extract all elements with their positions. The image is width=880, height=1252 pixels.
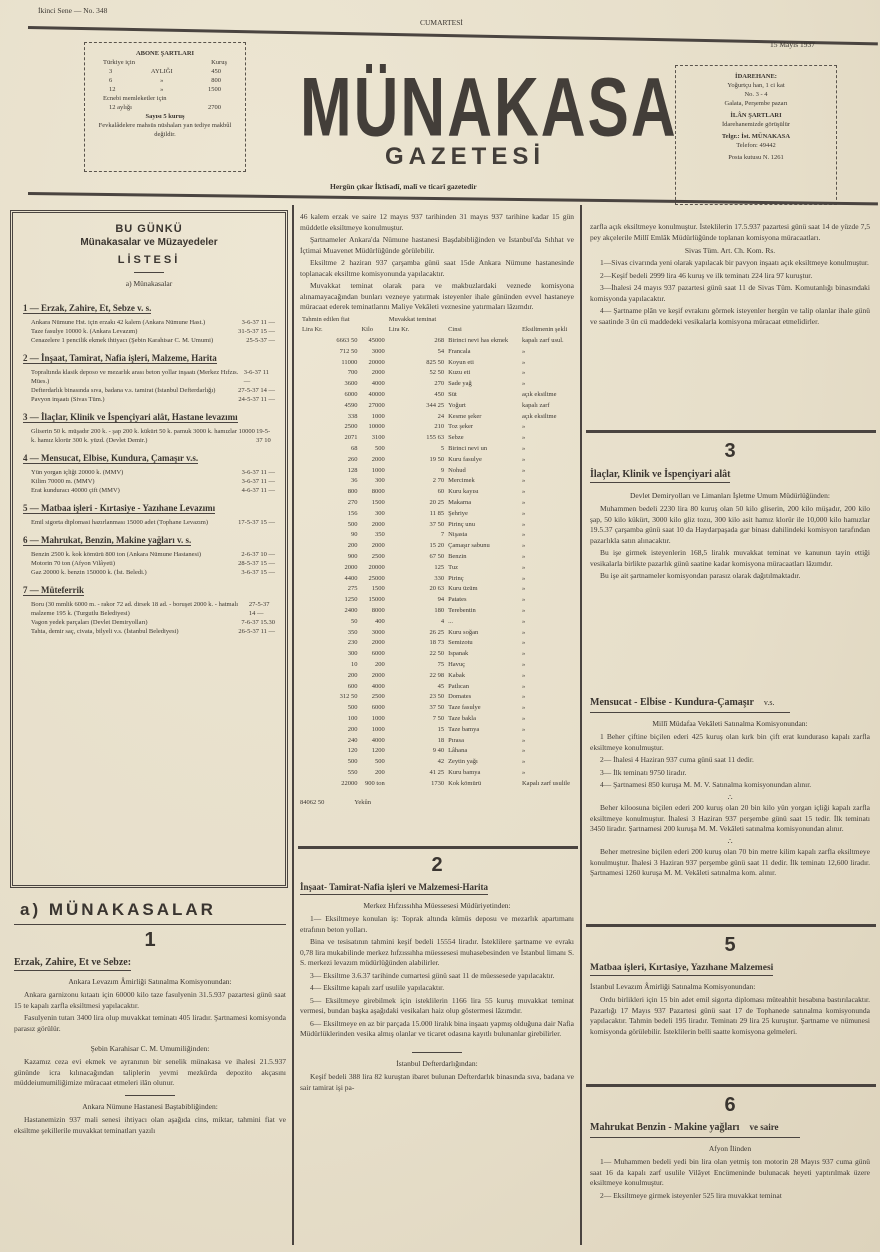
article-body: 1— Muhammen bedeli yedi bin lira olan ye… <box>590 1157 870 1201</box>
office-address-line: Galata, Perşembe pazarı <box>684 99 828 108</box>
table-row: 338100024Kesme şekeraçık eksiltme <box>300 412 580 423</box>
subscription-row: 6»800 <box>93 76 237 85</box>
list-section-head: 1 — Erzak, Zahire, Et, Sebze v. s. <box>23 303 151 314</box>
office-address-line: No. 3 - 4 <box>684 90 828 99</box>
weekday: CUMARTESİ <box>420 18 463 28</box>
table-row: 24008000180Terebentin» <box>300 606 580 617</box>
section-title: Matbaa işleri, Kırtasiye, Yazıhane Malze… <box>590 963 773 976</box>
divider <box>412 1052 462 1054</box>
list-item: Taze fasulye 10000 k. (Ankara Levazım)31… <box>17 327 281 336</box>
table-total-row: 84062 50 Yekûn <box>300 798 574 807</box>
section-3: 3 İlaçlar, Klinik ve İspençiyari alât De… <box>590 440 870 584</box>
table-row: 200200022 98Kabak» <box>300 671 580 682</box>
article-body: zarfla açık eksiltmeye konulmuştur. İste… <box>590 222 870 243</box>
list-item: Erat kunduracı 40000 çift (MMV)4-6-37 11… <box>17 486 281 495</box>
ornament-divider <box>134 272 164 273</box>
table-row: 312 50250023 50Domates» <box>300 692 580 703</box>
list-section-head: 4 — Mensucat, Elbise, Kundura, Çamaşır v… <box>23 453 198 464</box>
table-row: 6663 5045000268Birinci nevi has ekmekkap… <box>300 336 580 347</box>
list-section: 3 — İlaçlar, Klinik ve İspençiyari alât,… <box>17 404 281 445</box>
section-rule <box>586 924 876 927</box>
list-item: Gliserin 50 k. müşadır 200 k. - şap 200 … <box>17 427 281 445</box>
section-title: Mensucat - Elbise - Kundura-Çamaşır <box>590 697 754 708</box>
right-column: zarfla açık eksiltmeye konulmuştur. İste… <box>590 222 870 329</box>
subscription-row: 3AYLIĞI450 <box>93 67 237 76</box>
article-body: Ordu birlikleri için 15 bin adet emil si… <box>590 995 870 1037</box>
table-row: 800800060Kuru kayısı» <box>300 487 580 498</box>
office-box: İDAREHANE: Yoğurtçu han, 1 ci kat No. 3 … <box>675 65 837 205</box>
org-heading: Millî Müdafaa Vekâleti Satınalma Komisyo… <box>590 719 870 728</box>
phone: Telefon: 49442 <box>684 141 828 150</box>
list-item: Pavyon inşaatı (Sivas Tüm.)24-5-37 11 — <box>17 395 281 404</box>
list-section-head: 2 — İnşaat, Tamirat, Nafia işleri, Malze… <box>23 353 217 364</box>
org-heading: İstanbul Levazım Âmirliği Satınalma Komi… <box>590 982 870 991</box>
column-divider <box>292 205 294 1245</box>
table-row: 459027000344 25Yoğurtkapalı zarf <box>300 401 580 412</box>
newspaper-page: İkinci Sene — No. 348 CUMARTESİ 15 Mayıs… <box>0 0 880 1252</box>
list-item: Yün yorgan içliği 20000 k. (MMV)3-6-37 1… <box>17 468 281 477</box>
section-number: 3 <box>590 440 870 463</box>
table-row: 500600037 50Taze fasulye» <box>300 703 580 714</box>
asterism-divider: ∴ <box>590 837 870 848</box>
article-body: 1—Sivas civarında yeni olarak yapılacak … <box>590 258 870 327</box>
table-row: 1020075Havuç» <box>300 660 580 671</box>
section-rule <box>298 846 578 849</box>
table-header-row: Tahmin edilen fiat Muvakkat teminat <box>300 315 580 326</box>
table-row: 20713100155 63Sebze» <box>300 433 580 444</box>
list-section-head: 5 — Matbaa işleri - Kırtasiye - Yazıhane… <box>23 503 215 514</box>
list-section: 4 — Mensucat, Elbise, Kundura, Çamaşır v… <box>17 445 281 495</box>
subscription-note: Fevkalâdelere mahsüs nüshaları yan tediy… <box>93 121 237 139</box>
section-4: Mensucat - Elbise - Kundura-Çamaşır v.s.… <box>590 692 870 881</box>
table-body: 6663 5045000268Birinci nevi has ekmekkap… <box>300 336 580 789</box>
masthead: MÜNAKASA <box>300 60 630 131</box>
table-row: 10010007 50Taze bakla» <box>300 714 580 725</box>
list-item: Topraltında klasik deposo ve mezarlık ar… <box>17 368 281 386</box>
issue-number: İkinci Sene — No. 348 <box>38 6 107 16</box>
section-title: Erzak, Zahire, Et ve Sebze: <box>14 957 131 971</box>
section-title: İlaçlar, Klinik ve İspençiyari alât <box>590 469 730 483</box>
table-row: 600400045Patlıcan» <box>300 682 580 693</box>
article-body: Hastanemizin 937 mali senesi ihtiyacı ol… <box>14 1115 286 1136</box>
table-row: 22000900 ton1730Kok kömürüKapalı zarf us… <box>300 779 580 790</box>
list-section: 6 — Mahrukat, Benzin, Makine yağları v. … <box>17 527 281 577</box>
section-5: 5 Matbaa işleri, Kırtasiye, Yazıhane Mal… <box>590 934 870 1039</box>
article-body: 46 kalem erzak ve saire 12 mayıs 937 tar… <box>300 212 574 313</box>
org-heading: Afyon İlinden <box>590 1144 870 1153</box>
table-row: 700200052 50Kuzu eti» <box>300 368 580 379</box>
table-row: 200100015Taze bamya» <box>300 725 580 736</box>
table-total-label: Yekûn <box>354 798 371 807</box>
section-number: 1 <box>14 929 286 952</box>
list-item: Cenazelere 1 pencilik ekmek ihtiyacı (Şe… <box>17 336 281 345</box>
list-item: Kilim 70000 m. (MMV)3-6-37 11 — <box>17 477 281 486</box>
list-item: Emil sigorta diplomasi hazırlanması 1500… <box>17 518 281 527</box>
table-header-row: Lira Kr. Kilo Lira Kr. Cinsi Eksiltmenin… <box>300 325 580 336</box>
list-section: 5 — Matbaa işleri - Kırtasiye - Yazıhane… <box>17 495 281 527</box>
article-body: Ankara garnizonu kıtaatı için 60000 kilo… <box>14 990 286 1034</box>
list-item: Benzin 2500 k. kok kömürü 800 ton (Ankar… <box>17 550 281 559</box>
table-row: 270150020 25Makarna» <box>300 498 580 509</box>
office-address-line: Yoğurtçu han, 1 ci kat <box>684 81 828 90</box>
today-list-subhead: a) Münakasalar <box>17 279 281 289</box>
org-heading: Devlet Demiryolları ve Limanları İşletme… <box>590 491 870 500</box>
ad-terms-line: İdarehanemizde görüşülür <box>684 120 828 129</box>
table-row: 55020041 25Kuru bamya» <box>300 768 580 779</box>
subscription-col-right: Kuruş <box>211 58 227 67</box>
table-row: 200200015 20Çamaşır sabunu» <box>300 541 580 552</box>
subscription-col-left: Türkiye için <box>103 58 135 67</box>
table-row: 240400018Pırasa» <box>300 736 580 747</box>
list-section: 1 — Erzak, Zahire, Et, Sebze v. s. Ankar… <box>17 295 281 345</box>
foreign-label: Ecnebi memleketler için <box>93 94 237 103</box>
table-row: 12501500094Patates» <box>300 595 580 606</box>
list-section-head: 7 — Müteferrik <box>23 585 84 596</box>
section-title-suffix: v.s. <box>764 698 775 707</box>
org-heading: İstanbul Defterdarlığından: <box>300 1059 574 1068</box>
table-row: 200020000125Tuz» <box>300 563 580 574</box>
list-section: 2 — İnşaat, Tamirat, Nafia işleri, Malze… <box>17 345 281 404</box>
table-row: 250010000210Toz şeker» <box>300 422 580 433</box>
single-issue-price: Sayısı 5 kuruş <box>93 112 237 121</box>
org-heading: Sivas Tüm. Art. Ch. Kom. Rs. <box>590 246 870 255</box>
table-row: 900250067 50Benzin» <box>300 552 580 563</box>
masthead-title: MÜNAKASA <box>300 60 630 156</box>
section-2: 2 İnşaat- Tamirat-Nafia işleri ve Malzem… <box>300 854 574 1095</box>
table-row: 36004000270Sade yağ» <box>300 379 580 390</box>
section-number: 5 <box>590 934 870 957</box>
table-row: 350300026 25Kuru soğan» <box>300 628 580 639</box>
po-box: Posta kutusu N. 1261 <box>684 153 828 162</box>
section-number: 2 <box>300 854 574 877</box>
munakasalar-title: a) MÜNAKASALAR <box>14 900 286 925</box>
list-item: Boru (30 mmlik 6000 m. - rakor 72 ad. di… <box>17 600 281 618</box>
subscription-row: 12»1500 <box>93 85 237 94</box>
table-row: 275150020 63Kuru üzüm» <box>300 584 580 595</box>
list-section-head: 6 — Mahrukat, Benzin, Makine yağları v. … <box>23 535 191 546</box>
telegraph: Telgr.: İst. MÜNAKASA <box>684 132 828 141</box>
list-item: Gaz 20000 k. benzin 150000 k. (İst. Bele… <box>17 568 281 577</box>
section-rule <box>586 430 876 433</box>
org-heading: Ankara Nümune Hastanesi Baştabibliğinden… <box>14 1102 286 1111</box>
issue-date: 15 Mayıs 1937 <box>770 40 815 50</box>
section-rule <box>586 1084 876 1087</box>
today-list-title3: LİSTESİ <box>17 254 281 266</box>
column-divider <box>580 205 582 1245</box>
table-row: 300600022 50Ispanak» <box>300 649 580 660</box>
table-row: 500200037 50Pirinç unu» <box>300 520 580 531</box>
list-item: Defterdarlık binasında sıva, badana v.s.… <box>17 386 281 395</box>
table-row: 440025000330Pirinç» <box>300 574 580 585</box>
subscription-title: ABONE ŞARTLARI <box>93 49 237 58</box>
list-item: Tahta, demir saç, civata, bilyeli v.s. (… <box>17 627 281 636</box>
article-body: 1— Eksiltmeye konulan iş: Toprak altında… <box>300 914 574 1040</box>
table-row: 12810009Nohud» <box>300 466 580 477</box>
today-list-title1: BU GÜNKÜ <box>17 223 281 235</box>
table-row: 712 50300054Francala» <box>300 347 580 358</box>
table-row: 504004...» <box>300 617 580 628</box>
list-section: 7 — Müteferrik Boru (30 mmlik 6000 m. - … <box>17 577 281 636</box>
foreign-row: 12 aylığı2700 <box>93 103 237 112</box>
middle-column: 46 kalem erzak ve saire 12 mayıs 937 tar… <box>300 212 574 807</box>
subscription-box: ABONE ŞARTLARI Türkiye için Kuruş 3AYLIĞ… <box>84 42 246 172</box>
article-body: Keşif bedeli 388 lira 82 kuruştan ibaret… <box>300 1072 574 1093</box>
office-title: İDAREHANE: <box>684 72 828 81</box>
table-row: 260200019 50Kuru fasulye» <box>300 455 580 466</box>
section-number: 6 <box>590 1094 870 1117</box>
today-list-box: BU GÜNKÜ Münakasalar ve Müzayedeler LİST… <box>10 210 288 888</box>
table-row: 12012009 40Lâhana» <box>300 746 580 757</box>
table-row: 1100020000825 50Koyun eti» <box>300 358 580 369</box>
section-6: 6 Mahrukat Benzin - Makine yağları ve sa… <box>590 1094 870 1203</box>
org-heading: Ankara Levazım Âmirliği Satınalma Komisy… <box>14 977 286 986</box>
list-section-head: 3 — İlaçlar, Klinik ve İspençiyari alât,… <box>23 412 238 423</box>
provisions-table: Tahmin edilen fiat Muvakkat teminat Lira… <box>300 315 580 790</box>
article-body: Kazamız ceza evi ekmek ve ayranının bir … <box>14 1057 286 1089</box>
section-title: İnşaat- Tamirat-Nafia işleri ve Malzemes… <box>300 882 488 895</box>
munakasalar-section: a) MÜNAKASALAR 1 Erzak, Zahire, Et ve Se… <box>14 900 286 1138</box>
section-title-suffix: ve saire <box>749 1122 778 1132</box>
table-total: 84062 50 <box>300 798 324 807</box>
section-title: Mahrukat Benzin - Makine yağları <box>590 1122 739 1133</box>
ad-terms-title: İLÂN ŞARTLARI <box>684 111 828 120</box>
divider <box>125 1095 175 1097</box>
masthead-subtitle: GAZETESİ <box>300 143 630 171</box>
org-heading: Merkez Hıfzıssıhha Müessesesi Müdüriyeti… <box>300 901 574 910</box>
list-item: Motorin 70 ton (Afyon Vilâyeti)28-5-37 1… <box>17 559 281 568</box>
asterism-divider: ∴ <box>590 793 870 804</box>
article-body: 1 Beher çiftine biçilen ederi 425 kuruş … <box>590 732 870 879</box>
table-row: 230200018 73Semizotu» <box>300 638 580 649</box>
table-row: 15630011 85Şehriye» <box>300 509 580 520</box>
table-row: 903507Nişasta» <box>300 530 580 541</box>
list-item: Vagon yedek parçaları (Devlet Demiryolla… <box>17 618 281 627</box>
org-heading: Şebin Karahisar C. M. Umumiliğinden: <box>14 1044 286 1053</box>
list-item: Ankara Nümune Hst. için erzakı 42 kalem … <box>17 318 281 327</box>
today-list-title2: Münakasalar ve Müzayedeler <box>17 237 281 248</box>
table-row: 363002 70Mercimek» <box>300 476 580 487</box>
article-body: Muhammen bedeli 2230 lira 80 kuruş olan … <box>590 504 870 582</box>
tagline: Hergün çıkar İktisadî, malî ve ticarî ga… <box>330 182 477 192</box>
table-row: 685005Birinci nevi un» <box>300 444 580 455</box>
table-row: 50050042Zeytin yağı» <box>300 757 580 768</box>
table-row: 600040000450Sütaçık eksiltme <box>300 390 580 401</box>
